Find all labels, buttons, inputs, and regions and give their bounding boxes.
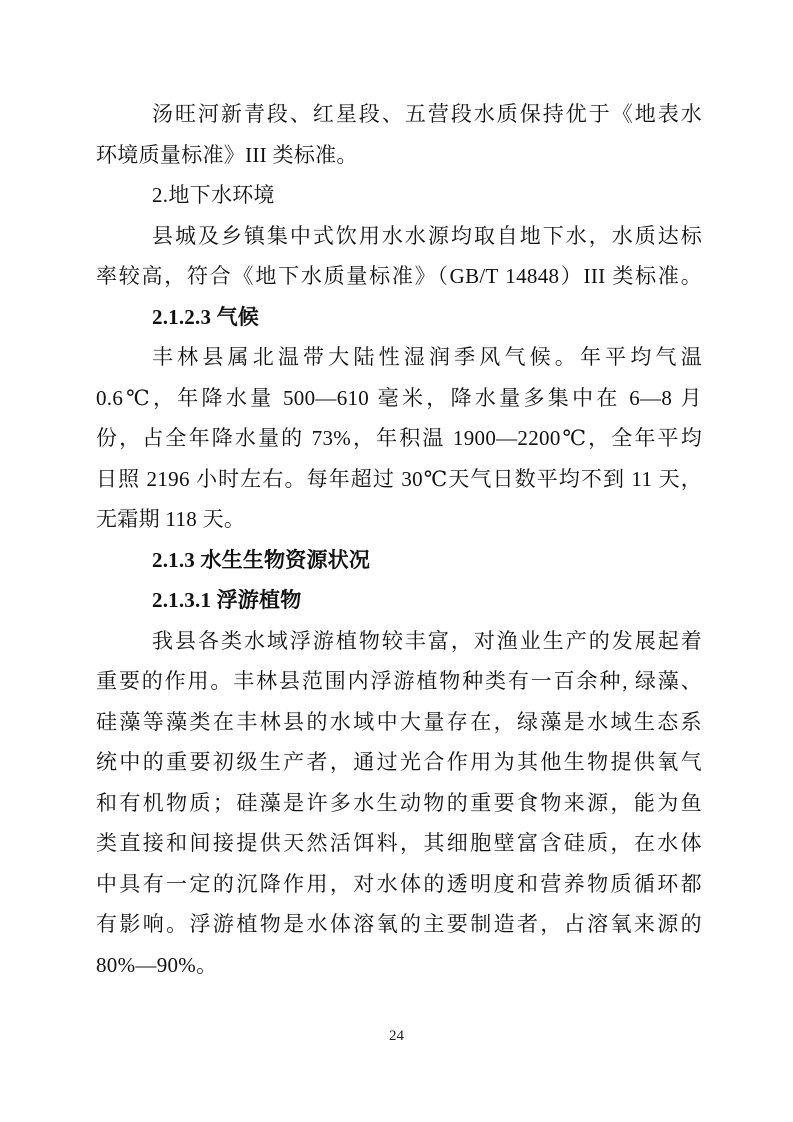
- paragraph-line: 无霜期 118 天。: [96, 499, 702, 540]
- paragraph-line: 类直接和间接提供天然活饵料，其细胞壁富含硅质，在水体: [96, 823, 702, 864]
- paragraph-line: 中具有一定的沉降作用，对水体的透明度和营养物质循环都: [96, 864, 702, 905]
- paragraph-line: 和有机物质；硅藻是许多水生动物的重要食物来源，能为鱼: [96, 783, 702, 824]
- paragraph-line: 率较高，符合《地下水质量标准》（GB/T 14848）III 类标准。: [96, 256, 702, 297]
- section-heading-climate: 2.1.2.3 气候: [96, 297, 702, 338]
- paragraph-line: 汤旺河新青段、红星段、五营段水质保持优于《地表水: [96, 94, 702, 135]
- paragraph-line: 80%—90%。: [96, 945, 702, 986]
- paragraph-line: 统中的重要初级生产者，通过光合作用为其他生物提供氧气: [96, 742, 702, 783]
- paragraph-line: 我县各类水域浮游植物较丰富，对渔业生产的发展起着: [96, 621, 702, 662]
- paragraph-line: 份，占全年降水量的 73%，年积温 1900—2200℃，全年平均: [96, 418, 702, 459]
- document-page: 汤旺河新青段、红星段、五营段水质保持优于《地表水 环境质量标准》III 类标准。…: [0, 0, 793, 1122]
- paragraph-line: 环境质量标准》III 类标准。: [96, 135, 702, 176]
- paragraph-line: 重要的作用。丰林县范围内浮游植物种类有一百余种, 绿藻、: [96, 661, 702, 702]
- paragraph-line: 有影响。浮游植物是水体溶氧的主要制造者，占溶氧来源的: [96, 904, 702, 945]
- document-body: 汤旺河新青段、红星段、五营段水质保持优于《地表水 环境质量标准》III 类标准。…: [96, 94, 702, 985]
- paragraph-line: 日照 2196 小时左右。每年超过 30℃天气日数平均不到 11 天，: [96, 459, 702, 500]
- paragraph-line: 丰林县属北温带大陆性湿润季风气候。年平均气温: [96, 337, 702, 378]
- section-heading-aquatic-resources: 2.1.3 水生生物资源状况: [96, 540, 702, 581]
- paragraph-line: 0.6℃，年降水量 500—610 毫米，降水量多集中在 6—8 月: [96, 378, 702, 419]
- paragraph-line: 硅藻等藻类在丰林县的水域中大量存在，绿藻是水域生态系: [96, 702, 702, 743]
- paragraph-line: 县城及乡镇集中式饮用水水源均取自地下水，水质达标: [96, 216, 702, 257]
- page-number-footer: 24: [0, 1026, 793, 1046]
- section-heading-phytoplankton: 2.1.3.1 浮游植物: [96, 580, 702, 621]
- paragraph-line: 2.地下水环境: [96, 175, 702, 216]
